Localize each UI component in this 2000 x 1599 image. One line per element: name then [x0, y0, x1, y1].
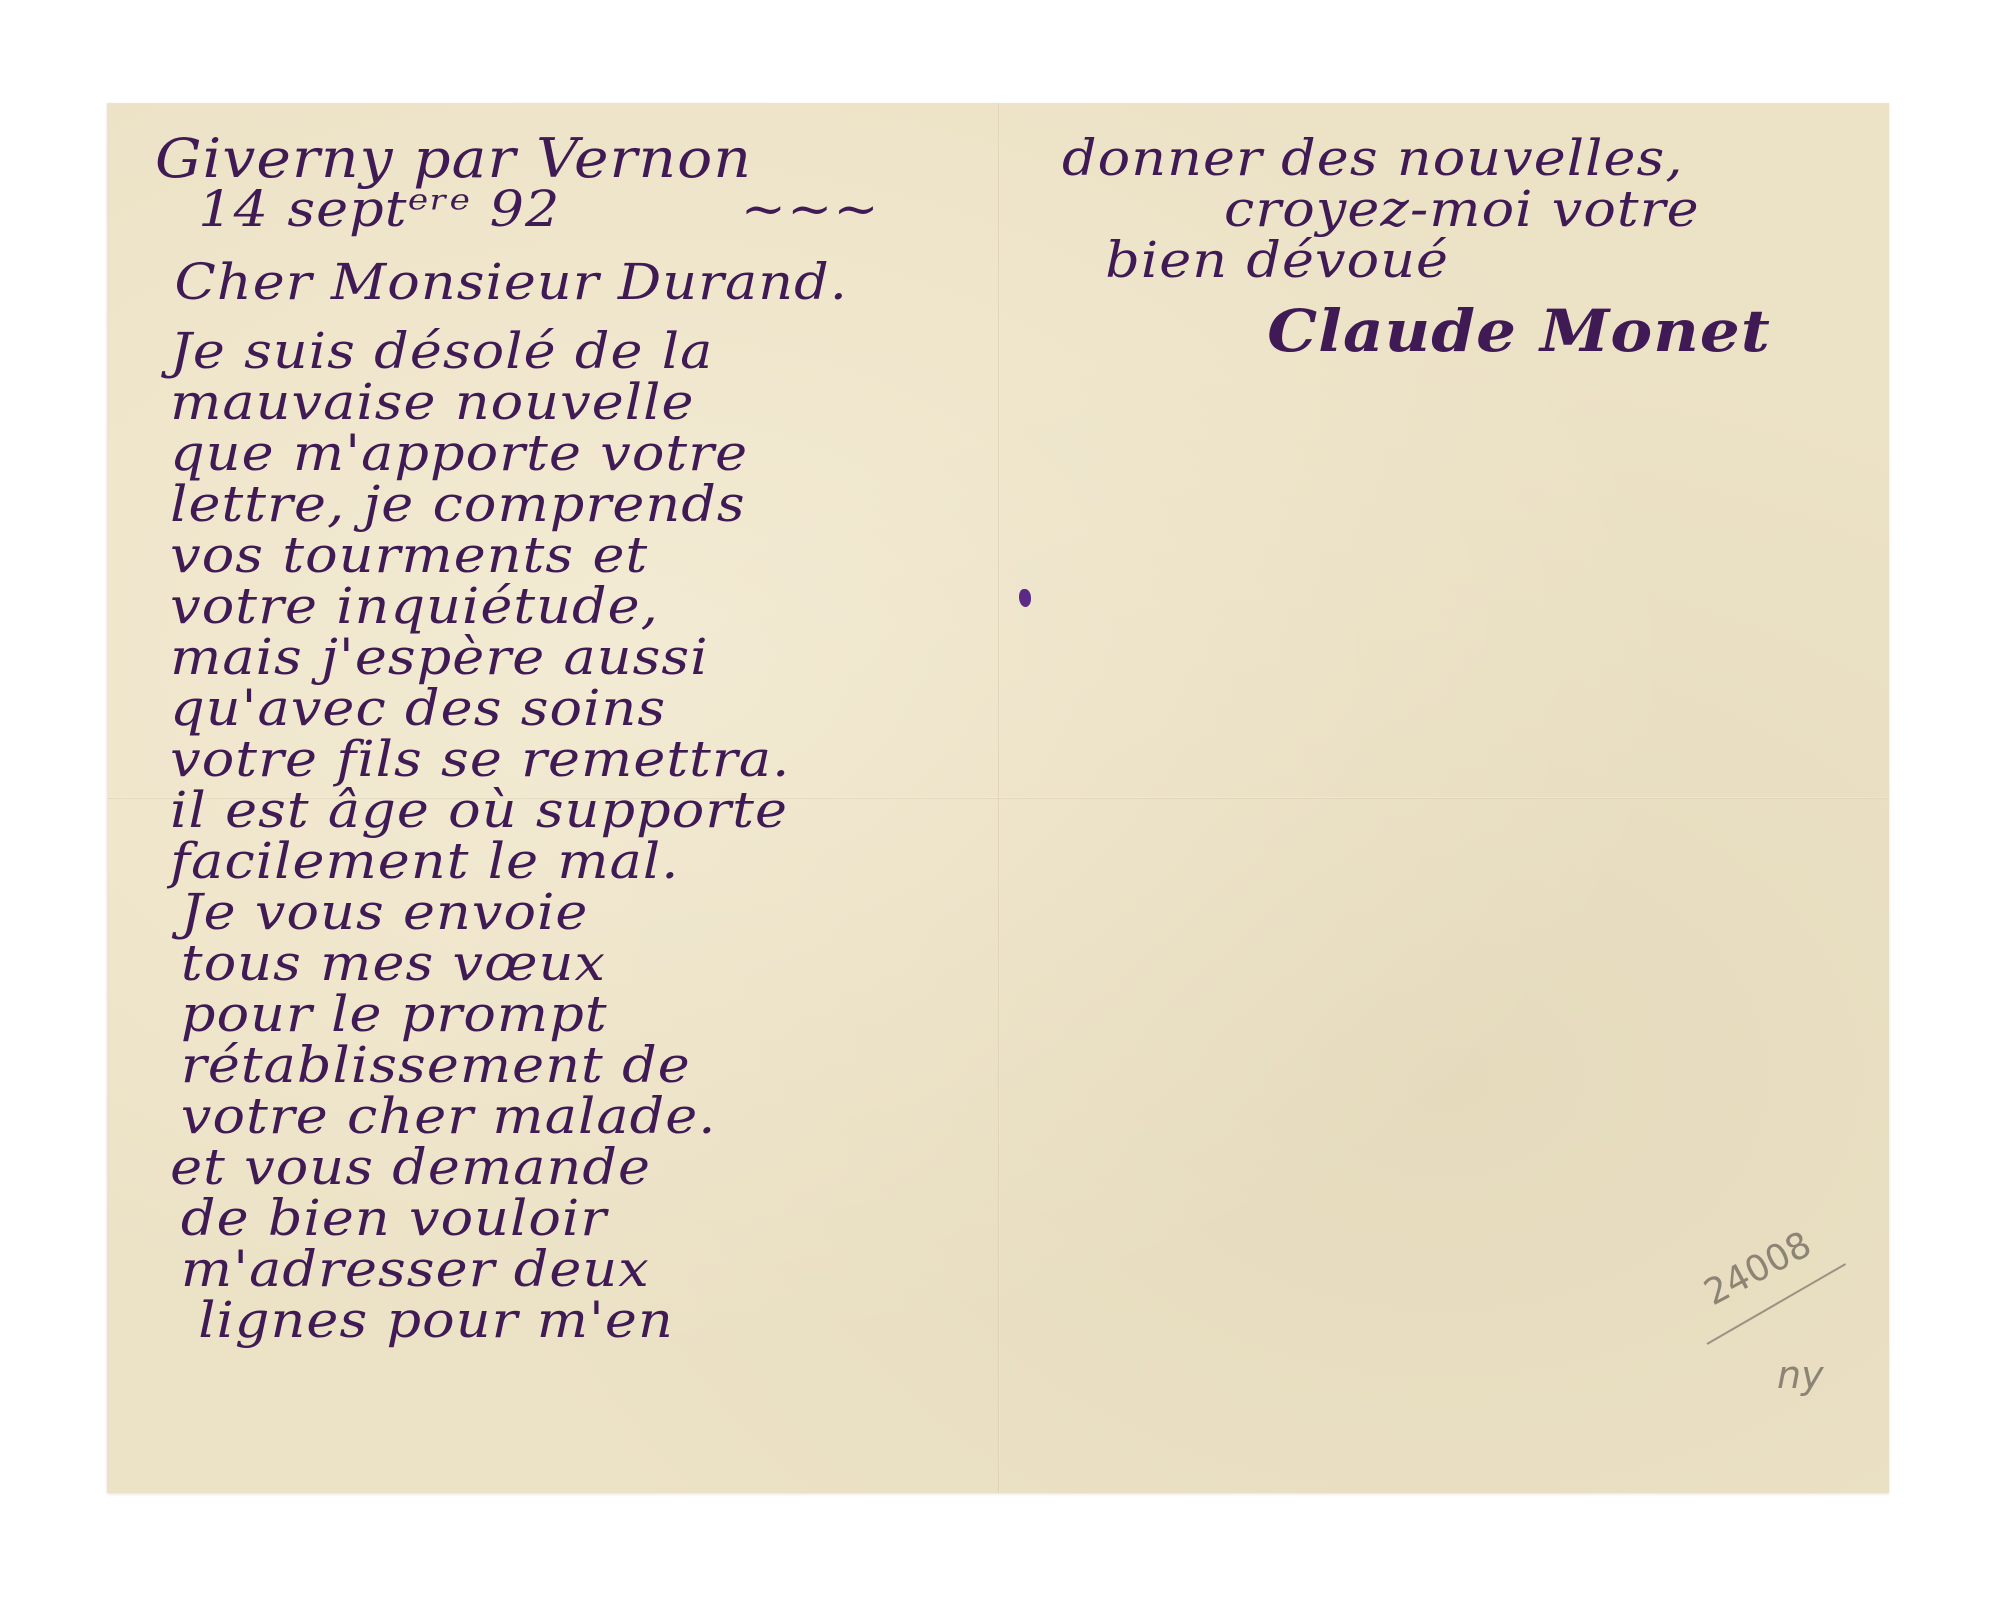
pencil-annotation-top: 24008 — [1698, 1224, 1818, 1314]
body-line: tous mes vœux — [155, 938, 1051, 989]
body-line: donner des nouvelles, — [1062, 133, 1926, 184]
body-line: croyez-moi votre — [1062, 184, 1926, 235]
body-line: votre cher malade. — [155, 1091, 1051, 1142]
body-line: pour le prompt — [155, 989, 1051, 1040]
body-line: facilement le mal. — [155, 836, 1051, 887]
body-line: votre fils se remettra. — [155, 734, 1051, 785]
date-flourish: ~~~ — [579, 180, 880, 238]
letter-sheet: Giverny par Vernon 14 septᵉʳᵉ 92 ~~~ Che… — [107, 103, 1889, 1493]
pencil-annotation: 24008 ny — [1707, 1273, 1877, 1413]
body-line: m'adresser deux — [155, 1244, 1051, 1295]
body-line: mais j'espère aussi — [155, 632, 1051, 683]
pencil-annotation-bottom: ny — [1777, 1353, 1824, 1397]
body-line: rétablissement de — [155, 1040, 1051, 1091]
body-line: que m'apporte votre — [155, 428, 1051, 479]
salutation: Cher Monsieur Durand. — [155, 257, 1051, 308]
body-line: il est âge où supporte — [155, 785, 1051, 836]
date-line: 14 septᵉʳᵉ 92 ~~~ — [155, 184, 1051, 235]
body-line: mauvaise nouvelle — [155, 377, 1051, 428]
place-line: Giverny par Vernon — [155, 133, 1051, 184]
body-line: lignes pour m'en — [155, 1295, 1051, 1346]
body-line: qu'avec des soins — [155, 683, 1051, 734]
signature: Claude Monet — [1062, 306, 1926, 357]
body-line: et vous demande — [155, 1142, 1051, 1193]
body-line: vos tourments et — [155, 530, 1051, 581]
body-line: de bien vouloir — [155, 1193, 1051, 1244]
body-line: bien dévoué — [1062, 235, 1926, 286]
body-line: Je vous envoie — [155, 887, 1051, 938]
ink-blot — [1019, 589, 1031, 607]
body-line: votre inquiétude, — [155, 581, 1051, 632]
body-line: Je suis désolé de la — [155, 326, 1051, 377]
left-page: Giverny par Vernon 14 septᵉʳᵉ 92 ~~~ Che… — [155, 133, 985, 1346]
right-page: donner des nouvelles, croyez-moi votre b… — [1062, 133, 1862, 357]
date-text: 14 septᵉʳᵉ 92 — [198, 180, 560, 238]
body-line: lettre, je comprends — [155, 479, 1051, 530]
